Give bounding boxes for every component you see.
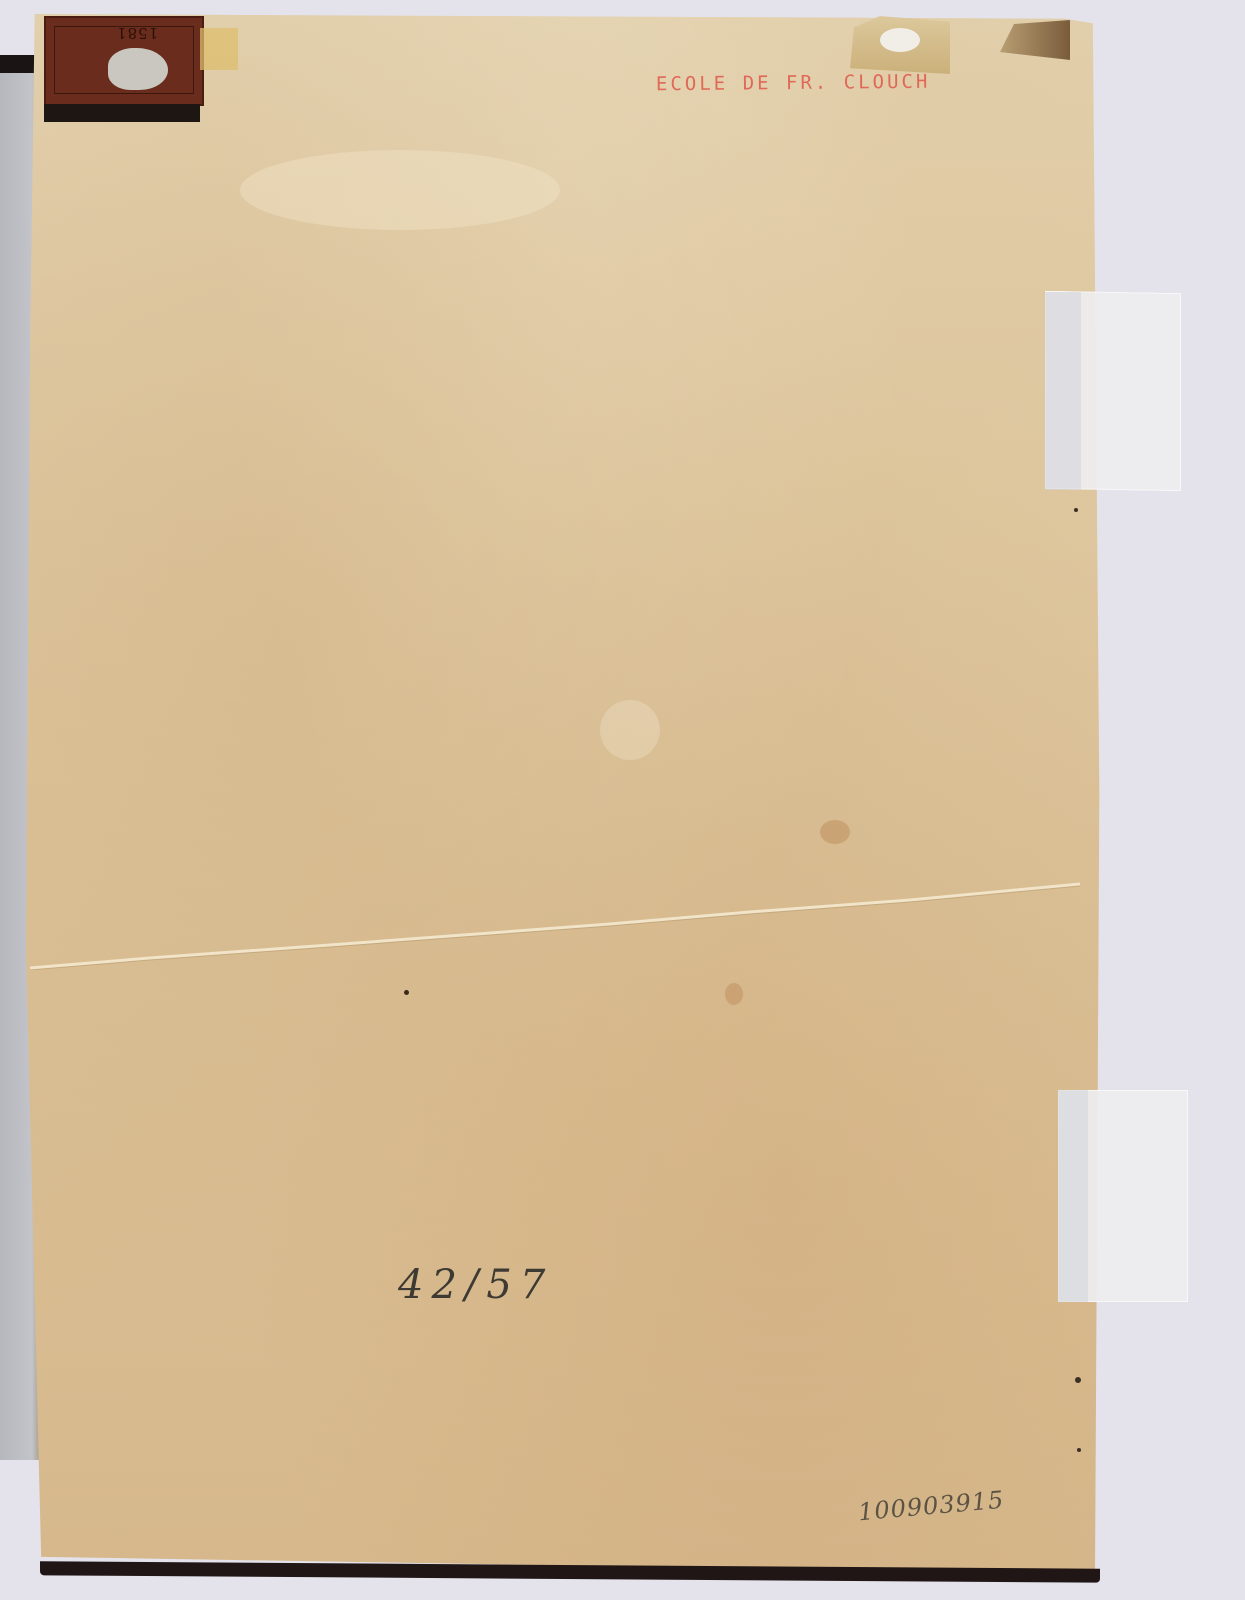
stain [820, 820, 850, 844]
tape-tear [880, 28, 920, 52]
wrinkle-highlight [600, 700, 660, 760]
old-tape-corner [200, 28, 238, 70]
label-shadow [44, 104, 200, 122]
hinge-tape-upper-overlap [1045, 292, 1081, 490]
inventory-number: 42/57 [398, 1262, 553, 1308]
collection-label: 1581 [44, 16, 204, 106]
wrinkle-highlight [240, 150, 560, 230]
spot [404, 990, 409, 995]
stain [725, 983, 743, 1005]
paper-crease [30, 880, 1080, 970]
label-tear [108, 48, 168, 90]
attribution-annotation: ECOLE DE FR. CLOUCH [656, 71, 931, 95]
paper-sheet [26, 14, 1108, 1574]
edge-wear [1070, 500, 1082, 1500]
label-text: 1581 [116, 24, 158, 42]
